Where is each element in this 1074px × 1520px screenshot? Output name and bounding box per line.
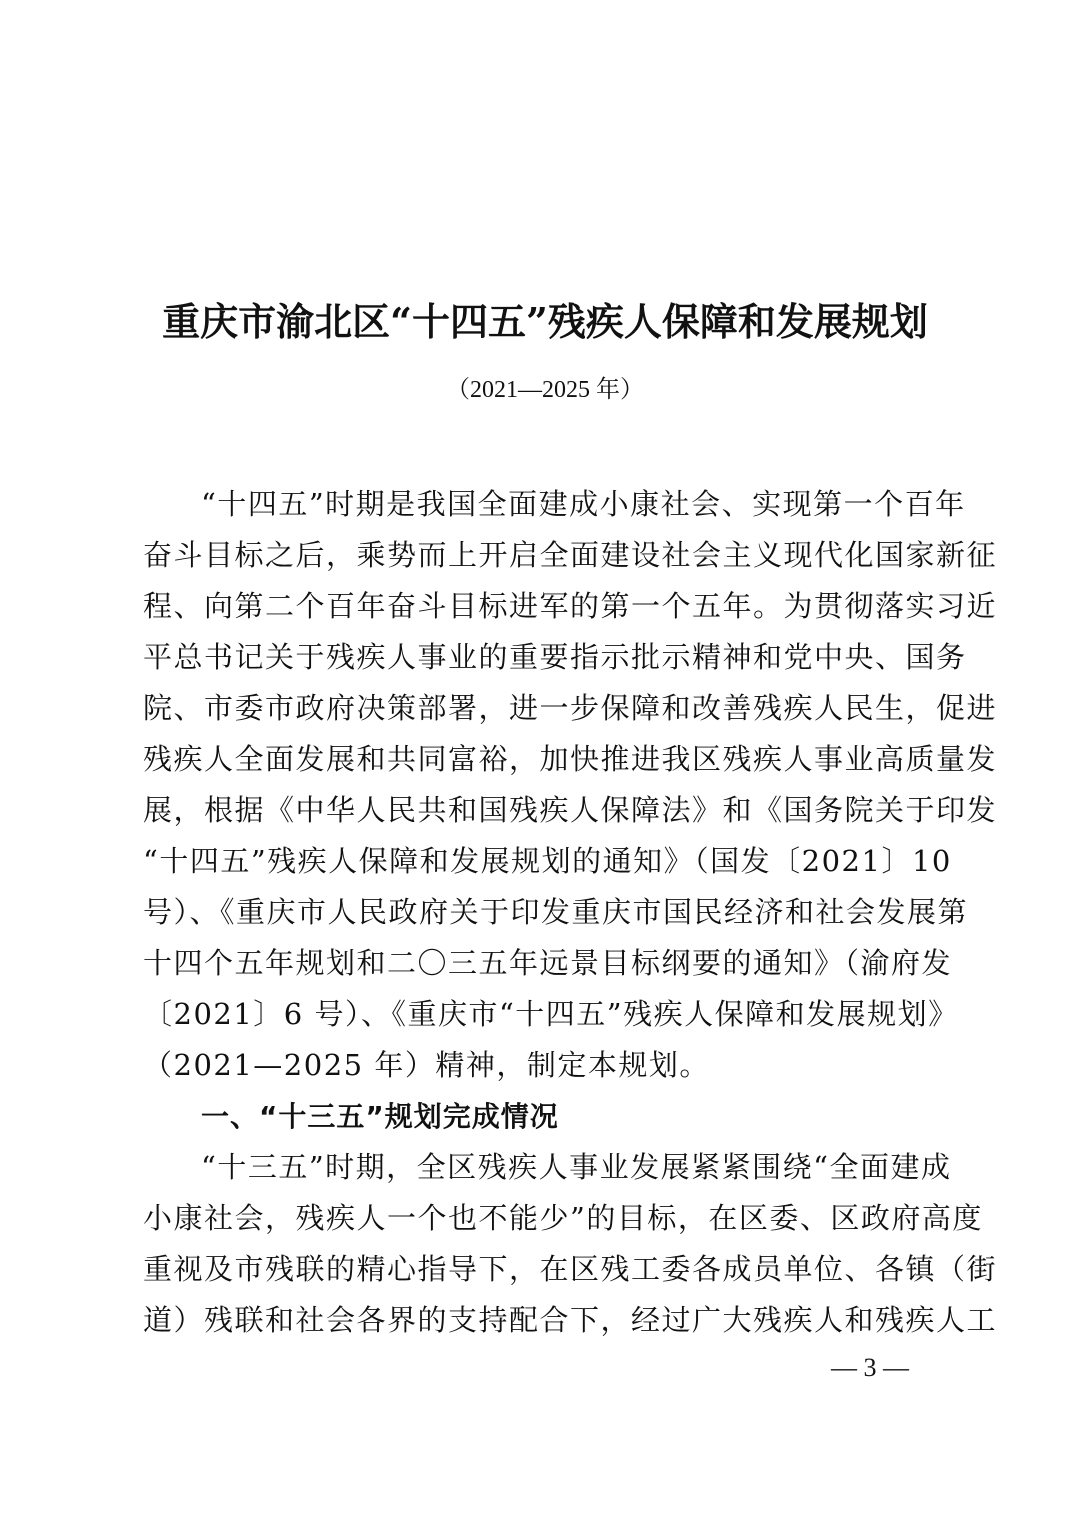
document-title: 重庆市渝北区“十四五”残疾人保障和发展规划 <box>0 296 1074 348</box>
paragraph-line: 程、向第二个百年奋斗目标进军的第一个五年。为贯彻落实习近 <box>143 581 943 632</box>
paragraph-line: 重视及市残联的精心指导下，在区残工委各成员单位、各镇（街 <box>143 1244 943 1295</box>
paragraph-line: 院、市委市政府决策部署，进一步保障和改善残疾人民生，促进 <box>143 683 943 734</box>
paragraph-line: 〔2021〕6 号）、《重庆市“十四五”残疾人保障和发展规划》 <box>143 989 943 1040</box>
paragraph-line: 号）、《重庆市人民政府关于印发重庆市国民经济和社会发展第 <box>143 887 943 938</box>
document-subtitle: （2021—2025 年） <box>0 370 1074 410</box>
intro-paragraph: “十四五”时期是我国全面建成小康社会、实现第一个百年 奋斗目标之后，乘势而上开启… <box>143 479 943 1346</box>
document-page: 重庆市渝北区“十四五”残疾人保障和发展规划 （2021—2025 年） “十四五… <box>0 0 1074 1520</box>
paragraph-line: 残疾人全面发展和共同富裕，加快推进我区残疾人事业高质量发 <box>143 734 943 785</box>
paragraph-line: （2021—2025 年）精神，制定本规划。 <box>143 1040 943 1091</box>
paragraph-line: 平总书记关于残疾人事业的重要指示批示精神和党中央、国务 <box>143 632 943 683</box>
paragraph-line: 展，根据《中华人民共和国残疾人保障法》和《国务院关于印发 <box>143 785 943 836</box>
paragraph-line: “十四五”残疾人保障和发展规划的通知》（国发〔2021〕10 <box>143 836 943 887</box>
paragraph-line: 十四个五年规划和二〇三五年远景目标纲要的通知》（渝府发 <box>143 938 943 989</box>
paragraph-line: 奋斗目标之后，乘势而上开启全面建设社会主义现代化国家新征 <box>143 530 943 581</box>
paragraph-line: “十四五”时期是我国全面建成小康社会、实现第一个百年 <box>143 479 943 530</box>
paragraph-line: 道）残联和社会各界的支持配合下，经过广大残疾人和残疾人工 <box>143 1295 943 1346</box>
paragraph-line: “十三五”时期，全区残疾人事业发展紧紧围绕“全面建成 <box>143 1142 943 1193</box>
paragraph-line: 小康社会，残疾人一个也不能少”的目标，在区委、区政府高度 <box>143 1193 943 1244</box>
section-heading: 一、“十三五”规划完成情况 <box>143 1091 943 1142</box>
page-number: — 3 — <box>820 1350 920 1386</box>
